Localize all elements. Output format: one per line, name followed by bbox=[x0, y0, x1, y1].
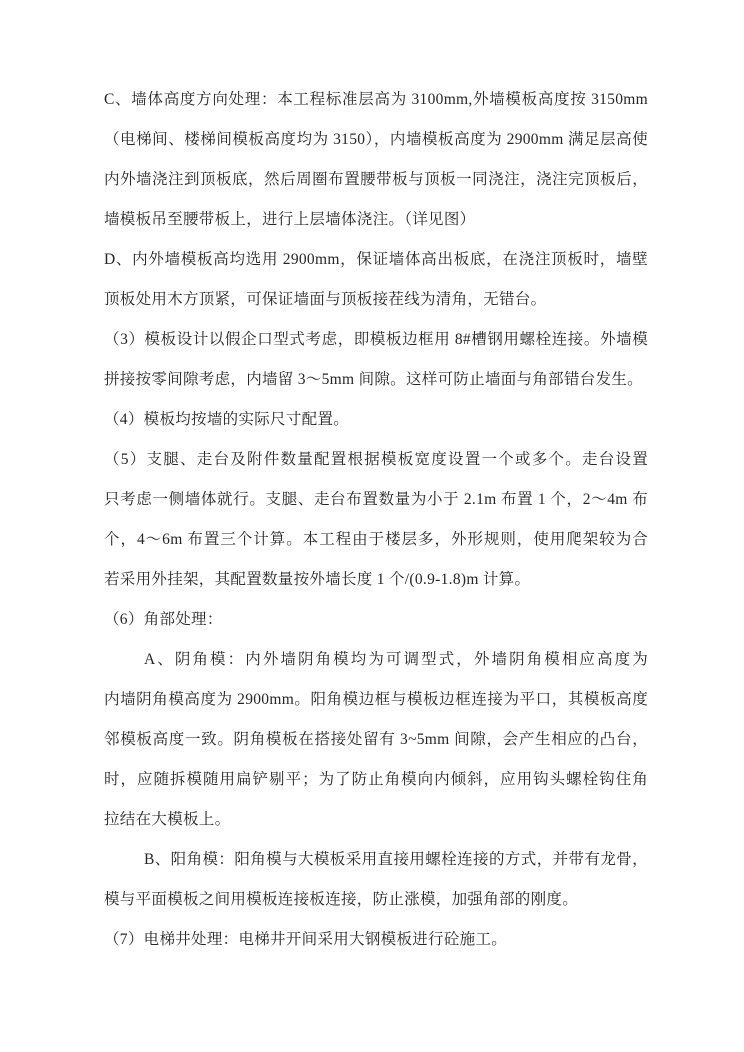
text-line: （6）角部处理： bbox=[104, 600, 648, 640]
text-line: 若采用外挂架，其配置数量按外墙长度 1 个/(0.9-1.8)m 计算。 bbox=[104, 560, 648, 600]
text-line: 拼接按零间隙考虑，内墙留 3～5mm 间隙。这样可防止墙面与角部错台发生。 bbox=[104, 360, 648, 400]
text-line: 只考虑一侧墙体就行。支腿、走台布置数量为小于 2.1m 布置 1 个，2～4m … bbox=[104, 480, 648, 520]
text-line: 墙模板吊至腰带板上，进行上层墙体浇注。（详见图） bbox=[104, 200, 648, 240]
text-line: （7）电梯井处理：电梯井开间采用大钢模板进行砼施工。 bbox=[104, 920, 648, 960]
text-line: （电梯间、楼梯间模板高度均为 3150），内墙模板高度为 2900mm 满足层高… bbox=[104, 120, 648, 160]
text-line: 内外墙浇注到顶板底，然后周圈布置腰带板与顶板一同浇注，浇注完顶板后，外 bbox=[104, 160, 648, 200]
document-page: C、墙体高度方向处理：本工程标准层高为 3100mm,外墙模板高度按 3150m… bbox=[0, 0, 744, 1052]
text-line: 内墙阴角模高度为 2900mm。阳角模边框与模板边框连接为平口，其模板高度为相 bbox=[104, 680, 648, 720]
text-line: 模与平面模板之间用模板连接板连接，防止涨模，加强角部的刚度。 bbox=[104, 880, 648, 920]
text-line: （5）支腿、走台及附件数量配置根据模板宽度设置一个或多个。走台设置时， bbox=[104, 440, 648, 480]
text-line: 个，4～6m 布置三个计算。本工程由于楼层多，外形规则，使用爬架较为合适； bbox=[104, 520, 648, 560]
text-line: 拉结在大模板上。 bbox=[104, 800, 648, 840]
text-line: 顶板处用木方顶紧，可保证墙面与顶板接茬线为清角，无错台。 bbox=[104, 280, 648, 320]
text-line: （4）模板均按墙的实际尺寸配置。 bbox=[104, 400, 648, 440]
text-line: D、内外墙模板高均选用 2900mm，保证墙体高出板底，在浇注顶板时，墙壁面与 bbox=[104, 240, 648, 280]
text-line: 邻模板高度一致。阴角模板在搭接处留有 3~5mm 间隙，会产生相应的凸台，施工 bbox=[104, 720, 648, 760]
text-line: C、墙体高度方向处理：本工程标准层高为 3100mm,外墙模板高度按 3150m… bbox=[104, 80, 648, 120]
text-line: A、阴角模：内外墙阴角模均为可调型式，外墙阴角模相应高度为 3150mm； bbox=[104, 640, 648, 680]
text-block: C、墙体高度方向处理：本工程标准层高为 3100mm,外墙模板高度按 3150m… bbox=[104, 80, 648, 960]
text-line: B、阳角模：阳角模与大模板采用直接用螺栓连接的方式，并带有龙骨，角 bbox=[104, 840, 648, 880]
text-line: 时，应随拆模随用扁铲剔平；为了防止角模向内倾斜，应用钩头螺栓钩住角模， bbox=[104, 760, 648, 800]
text-line: （3）模板设计以假企口型式考虑，即模板边框用 8#槽钢用螺栓连接。外墙模板 bbox=[104, 320, 648, 360]
